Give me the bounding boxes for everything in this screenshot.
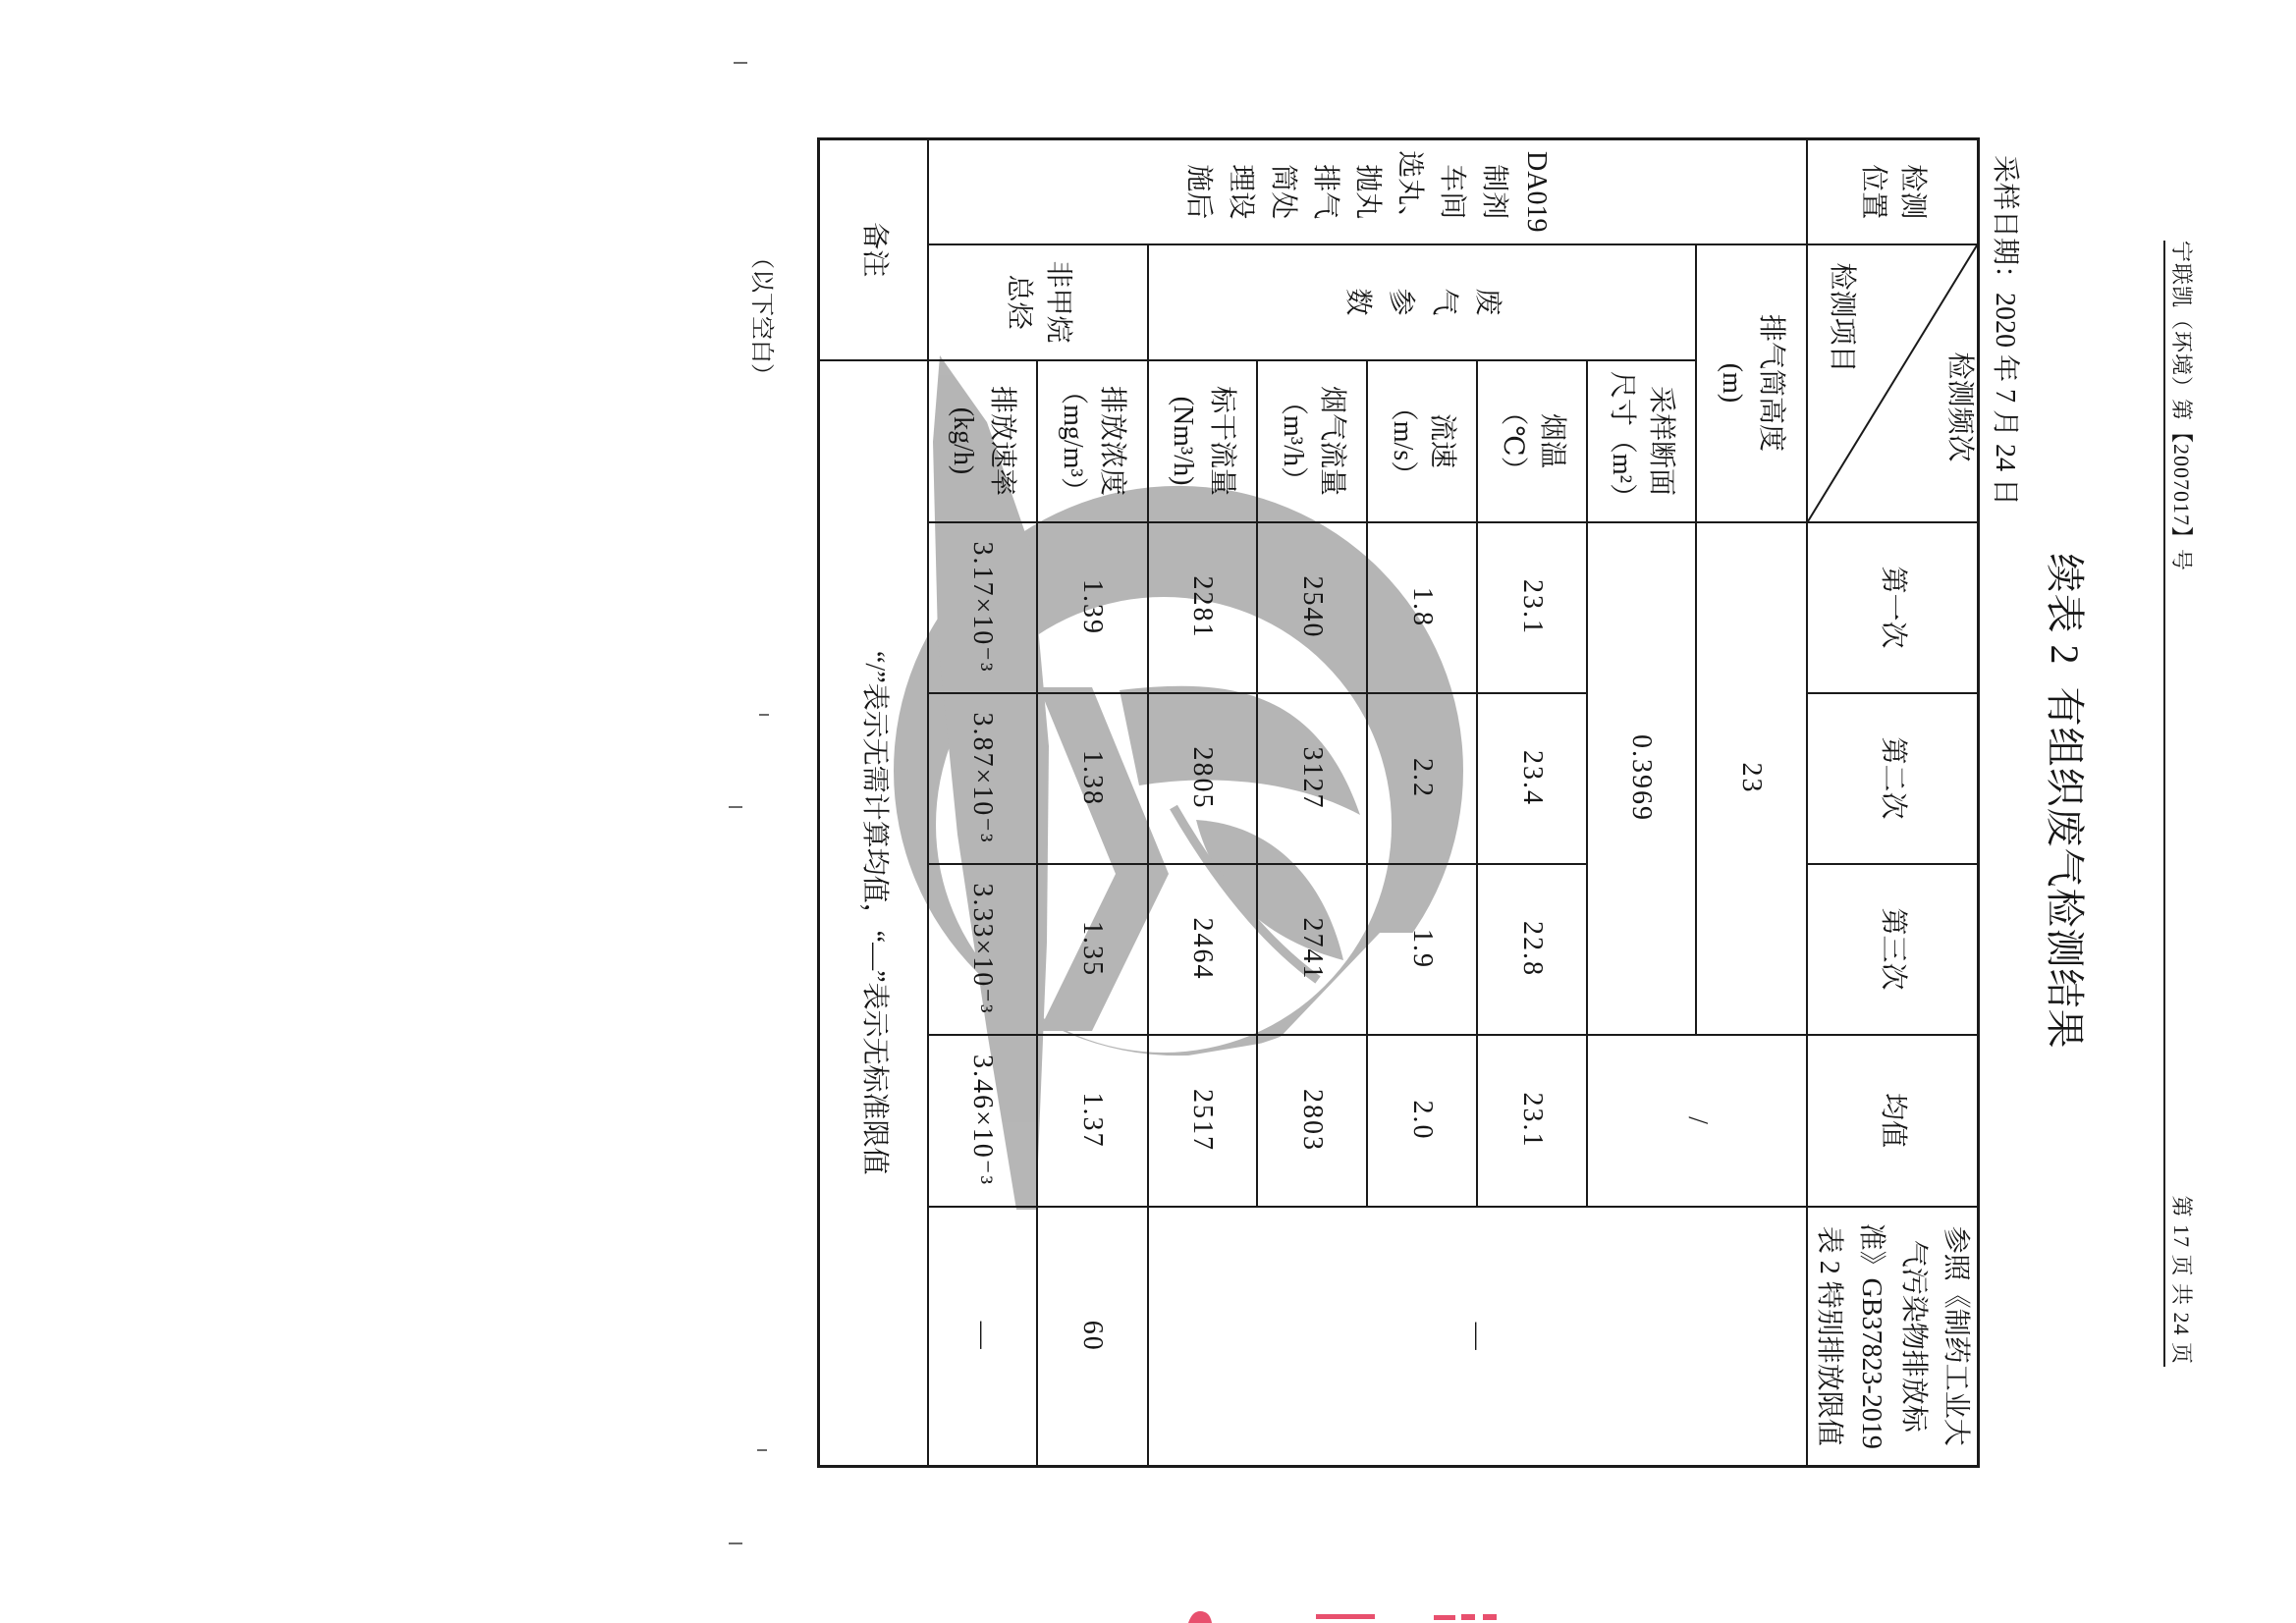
nmhc-group: 非甲烷 总烃 [928,244,1148,360]
row-label: 标干流量 (Nm³/h) [1148,360,1257,522]
mean-cell: 2.0 [1367,1035,1477,1207]
sampling-date: 采样日期：2020 年 7 月 24 日 [1988,155,2027,506]
value-cell: 2805 [1148,693,1257,864]
value-cell: 1.38 [1037,693,1148,864]
header-rule [2163,241,2165,1367]
limit-cell: 60 [1037,1207,1148,1467]
value-cell: 22.8 [1477,864,1587,1035]
row-label: 排放速率 (kg/h) [928,360,1037,522]
value-cell: 23.1 [1477,522,1587,693]
location-header: 检测 位置 [1807,139,1979,244]
value-cell: 2.2 [1367,693,1477,864]
row-label: 烟温 （℃） [1477,360,1587,522]
document-page: 宁联凯（环境）第【2007017】号 第 17 页 共 24 页 续表 2 有组… [0,0,2296,1623]
table-header-row: 检测 位置 检测频次 检测项目 第一次 第二次 第三次 均值 参照《制药工业大 … [1807,139,1979,1467]
stack-height-label: 排气筒高度 (m) [1696,244,1807,522]
row-label: 流速 （m/s） [1367,360,1477,522]
row-label: 烟气流量 （m³/h） [1257,360,1367,522]
run-3-header: 第三次 [1807,864,1979,1035]
remark-label: 备注 [819,139,928,360]
remark-row: 备注 “/”表示无需计算均值，“—”表示无标准限值 [819,139,928,1467]
stack-height-value: 23 [1696,522,1807,1035]
value-cell: 2464 [1148,864,1257,1035]
report-number: 宁联凯（环境）第【2007017】号 [2167,241,2198,571]
stack-mean: / [1587,1035,1807,1207]
limit-cell: — [928,1207,1037,1467]
mean-header: 均值 [1807,1035,1979,1207]
mean-cell: 2517 [1148,1035,1257,1207]
table-row: DA019 制剂 车间 选丸、 抛丸 排气 筒处 理设 施后 排气筒高度 (m)… [1696,139,1807,1467]
table-title: 续表 2 有组织废气检测结果 [2040,137,2096,1465]
row-label: 排放浓度 （mg/m³） [1037,360,1148,522]
value-cell: 3.33×10⁻³ [928,864,1037,1035]
mean-cell: 1.37 [1037,1035,1148,1207]
mean-cell: 3.46×10⁻³ [928,1035,1037,1207]
remark-text: “/”表示无需计算均值，“—”表示无标准限值 [819,360,928,1467]
results-table: 检测 位置 检测频次 检测项目 第一次 第二次 第三次 均值 参照《制药工业大 … [818,137,1981,1468]
value-cell: 2741 [1257,864,1367,1035]
value-cell: 3.87×10⁻³ [928,693,1037,864]
value-cell: 1.35 [1037,864,1148,1035]
value-cell: 2540 [1257,522,1367,693]
standard-header: 参照《制药工业大 气污染物排放标 准》GB37823-2019 表 2 特别排放… [1807,1207,1979,1467]
section-size-value: 0.3969 [1587,522,1696,1035]
value-cell: 1.39 [1037,522,1148,693]
value-cell: 3.17×10⁻³ [928,522,1037,693]
value-cell: 3127 [1257,693,1367,864]
diagonal-header: 检测频次 检测项目 [1807,244,1979,522]
mean-cell: 23.1 [1477,1035,1587,1207]
run-1-header: 第一次 [1807,522,1979,693]
page-indicator: 第 17 页 共 24 页 [2167,1195,2198,1365]
location-cell: DA019 制剂 车间 选丸、 抛丸 排气 筒处 理设 施后 [928,139,1807,244]
blank-below-note: （以下空白） [747,245,782,387]
value-cell: 1.8 [1367,522,1477,693]
params-limit: — [1148,1207,1807,1467]
frequency-label: 检测频次 [1943,352,1975,461]
run-2-header: 第二次 [1807,693,1979,864]
table-row: 非甲烷 总烃 排放浓度 （mg/m³） 1.39 1.38 1.35 1.37 … [1037,139,1148,1467]
mean-cell: 2803 [1257,1035,1367,1207]
exhaust-params-group: 废 气 参 数 [1148,244,1696,360]
section-size-label: 采样断面 尺寸（m²） [1587,360,1696,522]
item-label: 检测项目 [1826,263,1857,373]
value-cell: 23.4 [1477,693,1587,864]
value-cell: 1.9 [1367,864,1477,1035]
value-cell: 2281 [1148,522,1257,693]
